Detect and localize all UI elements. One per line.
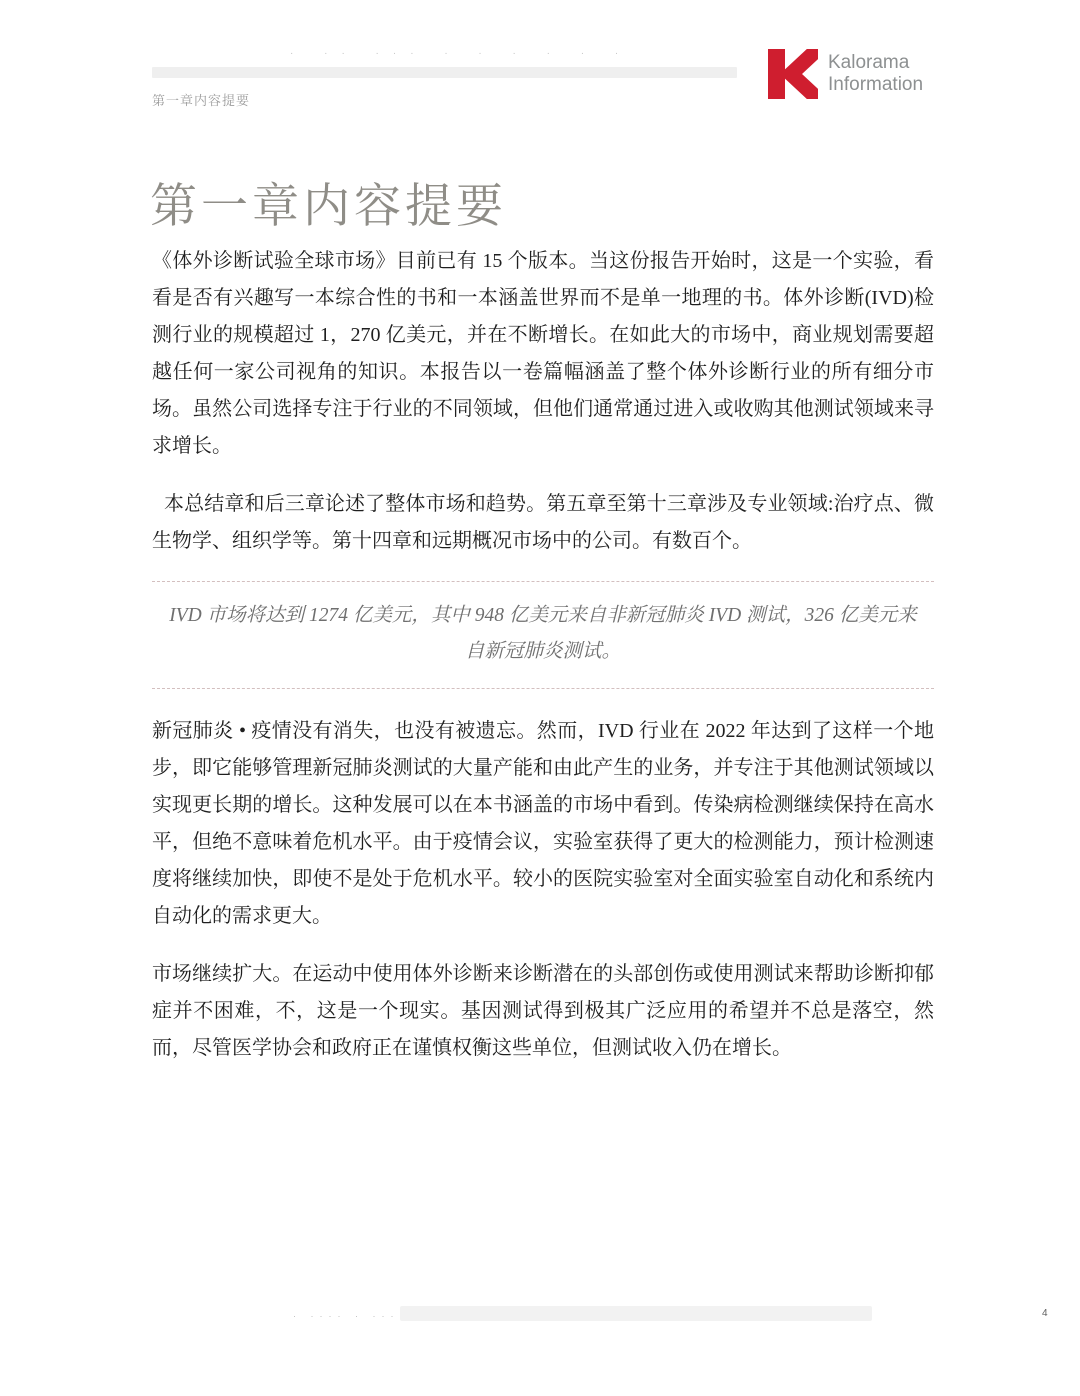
header-rule: [152, 67, 737, 78]
paragraph-1: 《体外诊断试验全球市场》目前已有 15 个版本。当这份报告开始时，这是一个实验，…: [152, 243, 934, 465]
paragraph-3: 新冠肺炎 • 疫情没有消失，也没有被遗忘。然而，IVD 行业在 2022 年达到…: [152, 713, 934, 935]
footer-rule: [400, 1306, 872, 1321]
kalorama-logo-line2: Information: [828, 74, 923, 96]
kalorama-logo-line1: Kalorama: [828, 52, 923, 74]
kalorama-k-icon: [768, 49, 818, 99]
kalorama-logo-text: Kalorama Information: [828, 52, 923, 96]
body-column: 《体外诊断试验全球市场》目前已有 15 个版本。当这份报告开始时，这是一个实验，…: [152, 243, 934, 1088]
paragraph-2: 本总结章和后三章论述了整体市场和趋势。第五章至第十三章涉及专业领域:治疗点、微生…: [152, 486, 934, 560]
document-page: · ·· ··· · · · · · · 第一章内容提要 Kalorama In…: [0, 0, 1080, 1396]
paragraph-4: 市场继续扩大。在运动中使用体外诊断来诊断潜在的头部创伤或使用测试来帮助诊断抑郁症…: [152, 956, 934, 1067]
running-head: 第一章内容提要: [152, 90, 250, 109]
pullquote: IVD 市场将达到 1274 亿美元，其中 948 亿美元来自非新冠肺炎 IVD…: [152, 581, 934, 689]
page-number: 4: [1042, 1308, 1048, 1319]
page-title: 第一章内容提要: [150, 169, 950, 236]
kalorama-logo: Kalorama Information: [768, 48, 998, 100]
